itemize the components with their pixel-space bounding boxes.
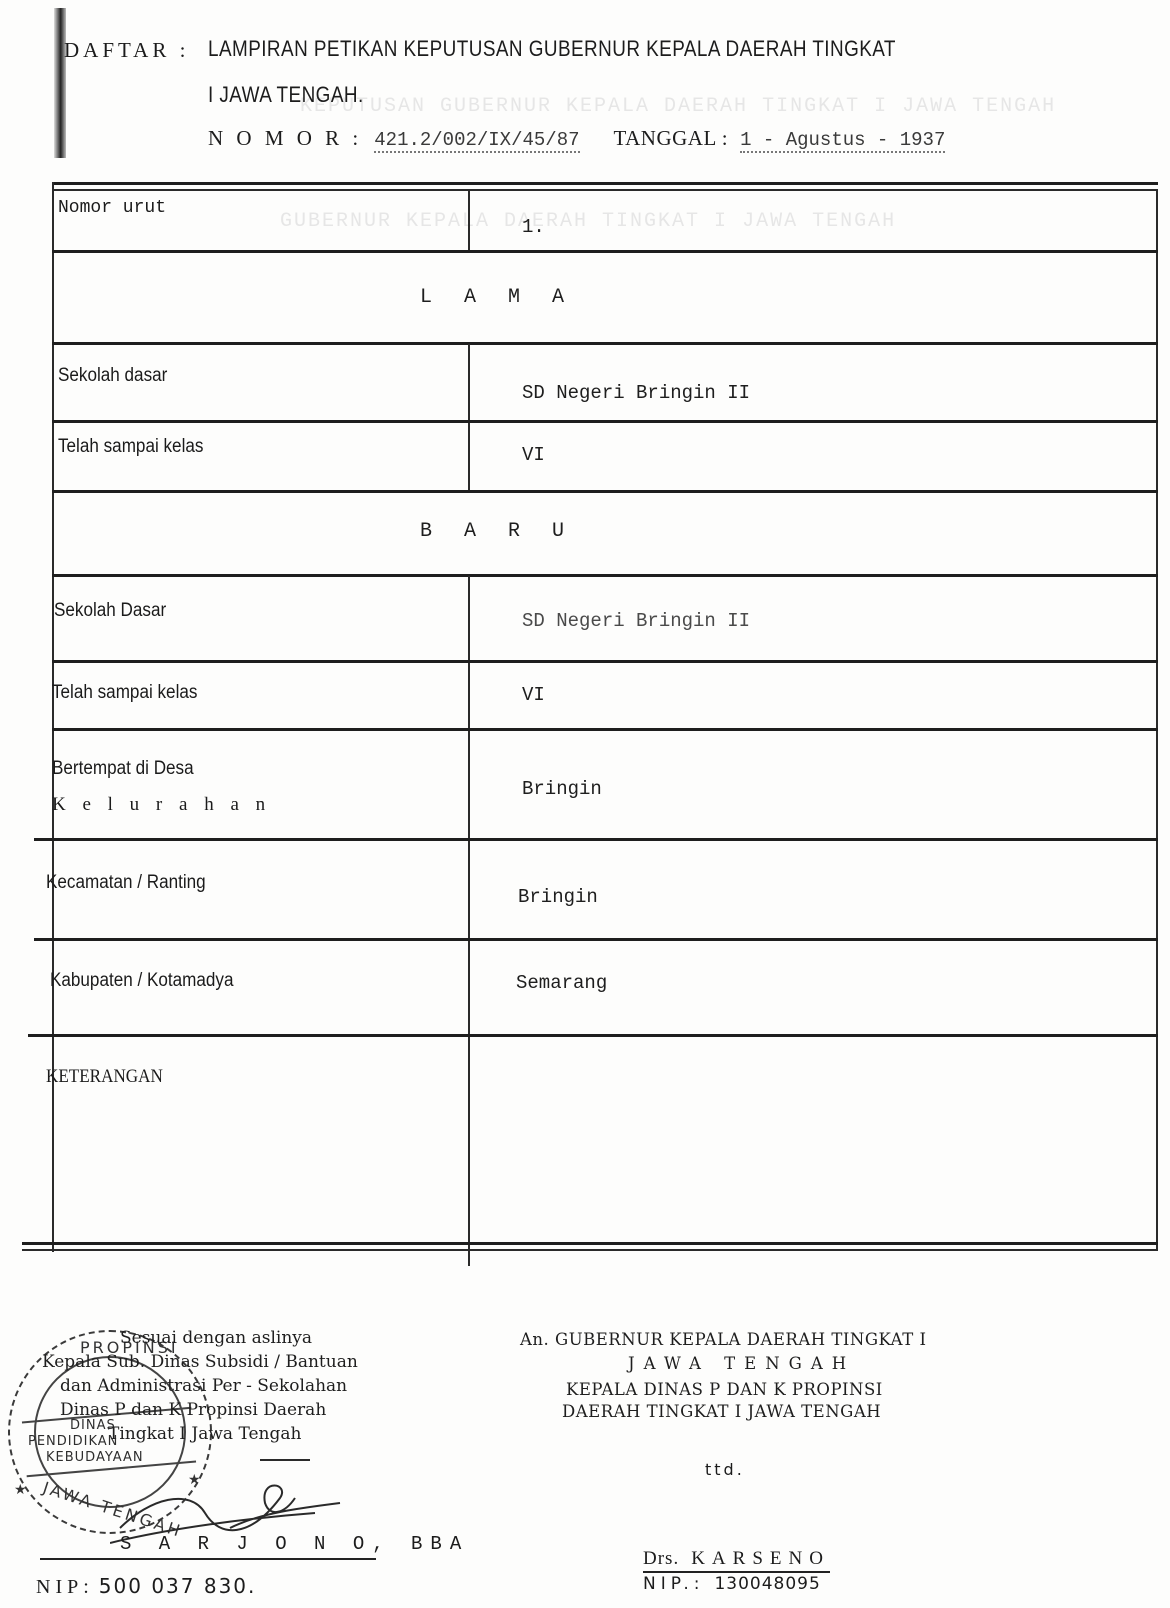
ttd-signed-mark: ttd. [705,1460,745,1479]
baru-desa-label: Bertempat di Desa [52,758,194,780]
row-divider [34,838,1158,841]
header-label-row: DAFTAR : [64,38,189,63]
signer-underline [40,1558,376,1560]
nomor-label: N O M O R : [208,126,362,150]
student-data-table: Nomor urut 1. L A M A Sekolah dasar SD N… [22,182,1160,1282]
row-divider [52,728,1158,731]
stamp-star-icon: ★ [14,1482,30,1498]
baru-sekolah-value: SD Negeri Bringin II [522,610,750,632]
signer-nip: NIP: 500 037 830. [36,1574,256,1599]
authority-block: An. GUBERNUR KEPALA DAERAH TINGKAT I JAW… [500,1290,1170,1608]
nomor-value: 421.2/002/IX/45/87 [374,129,579,153]
official-nip-label: NIP.: [643,1574,704,1594]
official-name: Drs.KARSENO [643,1548,830,1573]
certification-line-4: Dinas P dan K Propinsi Daerah [60,1400,326,1420]
document-title-cont: I JAWA TENGAH. [208,82,364,108]
official-title: Drs. [643,1548,679,1569]
authority-line-4: DAERAH TINGKAT I JAWA TENGAH [562,1402,881,1421]
lama-kelas-label: Telah sampai kelas [58,436,203,458]
section-title-baru: B A R U [420,520,574,543]
nomor-urut-value: 1. [522,216,545,238]
header-title-line2: I JAWA TENGAH. [208,82,389,108]
lama-sekolah-value: SD Negeri Bringin II [522,382,750,404]
signer-name: S A R J O N O, BBA [120,1533,469,1555]
certification-line-1: Sesuai dengan aslinya [120,1328,312,1348]
keterangan-label: KETERANGAN [46,1066,163,1088]
certification-line-3: dan Administrasi Per - Sekolahan [60,1376,347,1396]
column-divider [468,190,470,252]
stamp-band-line2: PENDIDIKAN [28,1434,118,1449]
baru-kecamatan-label: Kecamatan / Ranting [46,872,206,894]
row-divider [34,938,1158,941]
baru-desa-value: Bringin [522,778,602,800]
certification-line-5: Tingkat I Jawa Tengah [108,1424,301,1444]
baru-kelas-value: VI [522,684,545,706]
baru-kabupaten-value: Semarang [516,972,607,994]
tanggal-label: TANGGAL : [614,126,729,151]
lama-sekolah-label: Sekolah dasar [58,365,167,387]
document-page: KEPUTUSAN GUBERNUR KEPALA DAERAH TINGKAT… [0,0,1170,1608]
row-divider [52,342,1158,345]
table-right-border [1156,190,1158,1250]
certification-line-2: Kepala Sub. Dinas Subsidi / Bantuan [42,1352,358,1372]
baru-kelurahan-label: K e l u r a h a n [52,794,271,816]
column-divider [468,344,470,490]
daftar-label: DAFTAR : [64,38,189,62]
document-title: LAMPIRAN PETIKAN KEPUTUSAN GUBERNUR KEPA… [208,36,896,62]
signer-nip-label: NIP: [36,1576,94,1598]
row-divider [52,660,1158,663]
certification-block: PROPINSI DINAS PENDIDIKAN KEBUDAYAAN JAW… [0,1290,500,1608]
header-number-row: N O M O R : 421.2/002/IX/45/87 TANGGAL :… [208,126,945,151]
authority-line-3: KEPALA DINAS P DAN K PROPINSI [566,1380,883,1399]
baru-kelas-label: Telah sampai kelas [52,682,197,704]
row-divider [52,250,1158,253]
header-title-line1: LAMPIRAN PETIKAN KEPUTUSAN GUBERNUR KEPA… [208,36,1008,62]
official-name-text: KARSENO [691,1548,830,1569]
official-nip-value: 130048095 [714,1574,820,1594]
baru-sekolah-label: Sekolah Dasar [54,600,166,622]
bleed-through-text: KEPUTUSAN GUBERNUR KEPALA DAERAH TINGKAT… [300,95,1056,118]
column-divider [468,576,470,1266]
authority-line-2: JAWA TENGAH [628,1354,855,1373]
row-divider [52,490,1158,493]
official-nip: NIP.:130048095 [643,1574,821,1594]
row-divider [28,1034,1158,1037]
signer-nip-value: 500 037 830. [99,1574,257,1598]
tanggal-value: 1 - Agustus - 1937 [740,129,945,153]
table-bottom-border [22,1242,1158,1245]
section-title-lama: L A M A [420,286,574,309]
binding-edge-shadow [54,8,66,158]
table-top-border [52,182,1158,185]
authority-line-1: An. GUBERNUR KEPALA DAERAH TINGKAT I [520,1330,926,1349]
row-divider [52,574,1158,577]
row-divider [52,420,1158,423]
baru-kabupaten-label: Kabupaten / Kotamadya [50,970,233,992]
lama-kelas-value: VI [522,444,545,466]
nomor-urut-label: Nomor urut [58,198,166,218]
baru-kecamatan-value: Bringin [518,886,598,908]
